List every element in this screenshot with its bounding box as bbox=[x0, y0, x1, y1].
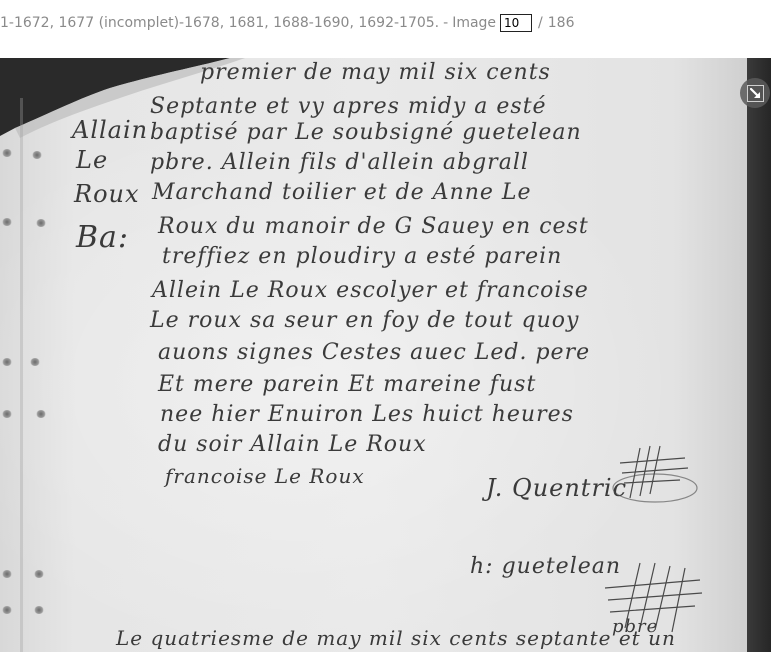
manuscript-line: premier de may mil six cents bbox=[200, 60, 551, 85]
margin-note: Allain bbox=[72, 116, 148, 144]
binding-hole bbox=[2, 218, 12, 226]
manuscript-line: du soir Allain Le Roux bbox=[158, 432, 427, 457]
total-separator: / bbox=[538, 15, 543, 31]
signature-quentric: J. Quentric bbox=[486, 474, 627, 502]
manuscript-line: Septante et vy apres midy a esté bbox=[150, 94, 547, 119]
scan-border bbox=[747, 58, 771, 652]
manuscript-line: pbre. Allein fils d'allein abgrall bbox=[150, 150, 529, 175]
margin-note: Ba: bbox=[76, 220, 129, 255]
binding-hole bbox=[32, 151, 42, 159]
manuscript-line: Roux du manoir de G Sauey en cest bbox=[158, 214, 589, 239]
binding-hole bbox=[2, 606, 12, 614]
manuscript-line: Allein Le Roux escolyer et francoise bbox=[152, 278, 589, 303]
manuscript-line: nee hier Enuiron Les huict heures bbox=[160, 402, 574, 427]
manuscript-line: Et mere parein Et mareine fust bbox=[158, 372, 536, 397]
page-fold bbox=[20, 98, 23, 652]
image-navigation: 1-1672, 1677 (incomplet)-1678, 1681, 168… bbox=[0, 12, 575, 34]
binding-hole bbox=[2, 410, 12, 418]
collection-years: 1-1672, 1677 (incomplet)-1678, 1681, 168… bbox=[0, 15, 439, 31]
binding-hole bbox=[2, 570, 12, 578]
image-label: Image bbox=[452, 15, 496, 31]
image-number-input[interactable] bbox=[500, 14, 532, 32]
manuscript-line: baptisé par Le soubsigné guetelean bbox=[150, 120, 582, 145]
image-viewer[interactable]: Allain Le Roux Ba: premier de may mil si… bbox=[0, 58, 771, 652]
manuscript-line: treffiez en ploudiry a esté parein bbox=[162, 244, 562, 269]
total-images: 186 bbox=[548, 15, 575, 31]
signature-flourish bbox=[610, 438, 700, 508]
binding-hole bbox=[30, 358, 40, 366]
separator: - bbox=[443, 15, 448, 31]
margin-note: Roux bbox=[74, 180, 140, 208]
binding-hole bbox=[34, 570, 44, 578]
margin-note: Le bbox=[76, 146, 108, 174]
binding-hole bbox=[2, 358, 12, 366]
next-entry-line: Le quatriesme de may mil six cents septa… bbox=[116, 626, 676, 650]
expand-arrow-icon bbox=[747, 85, 764, 102]
manuscript-line: francoise Le Roux bbox=[165, 464, 365, 488]
manuscript-page: Allain Le Roux Ba: premier de may mil si… bbox=[0, 58, 748, 652]
signature-guetelean: h: guetelean bbox=[470, 554, 621, 579]
binding-hole bbox=[36, 219, 46, 227]
binding-hole bbox=[2, 149, 12, 157]
viewer-header: 1-1672, 1677 (incomplet)-1678, 1681, 168… bbox=[0, 0, 771, 58]
binding-hole bbox=[34, 606, 44, 614]
binding-hole bbox=[36, 410, 46, 418]
fullscreen-button[interactable] bbox=[740, 78, 770, 108]
manuscript-line: auons signes Cestes auec Led. pere bbox=[158, 340, 590, 365]
manuscript-line: Le roux sa seur en foy de tout quoy bbox=[150, 308, 579, 333]
manuscript-line: Marchand toilier et de Anne Le bbox=[152, 180, 532, 205]
